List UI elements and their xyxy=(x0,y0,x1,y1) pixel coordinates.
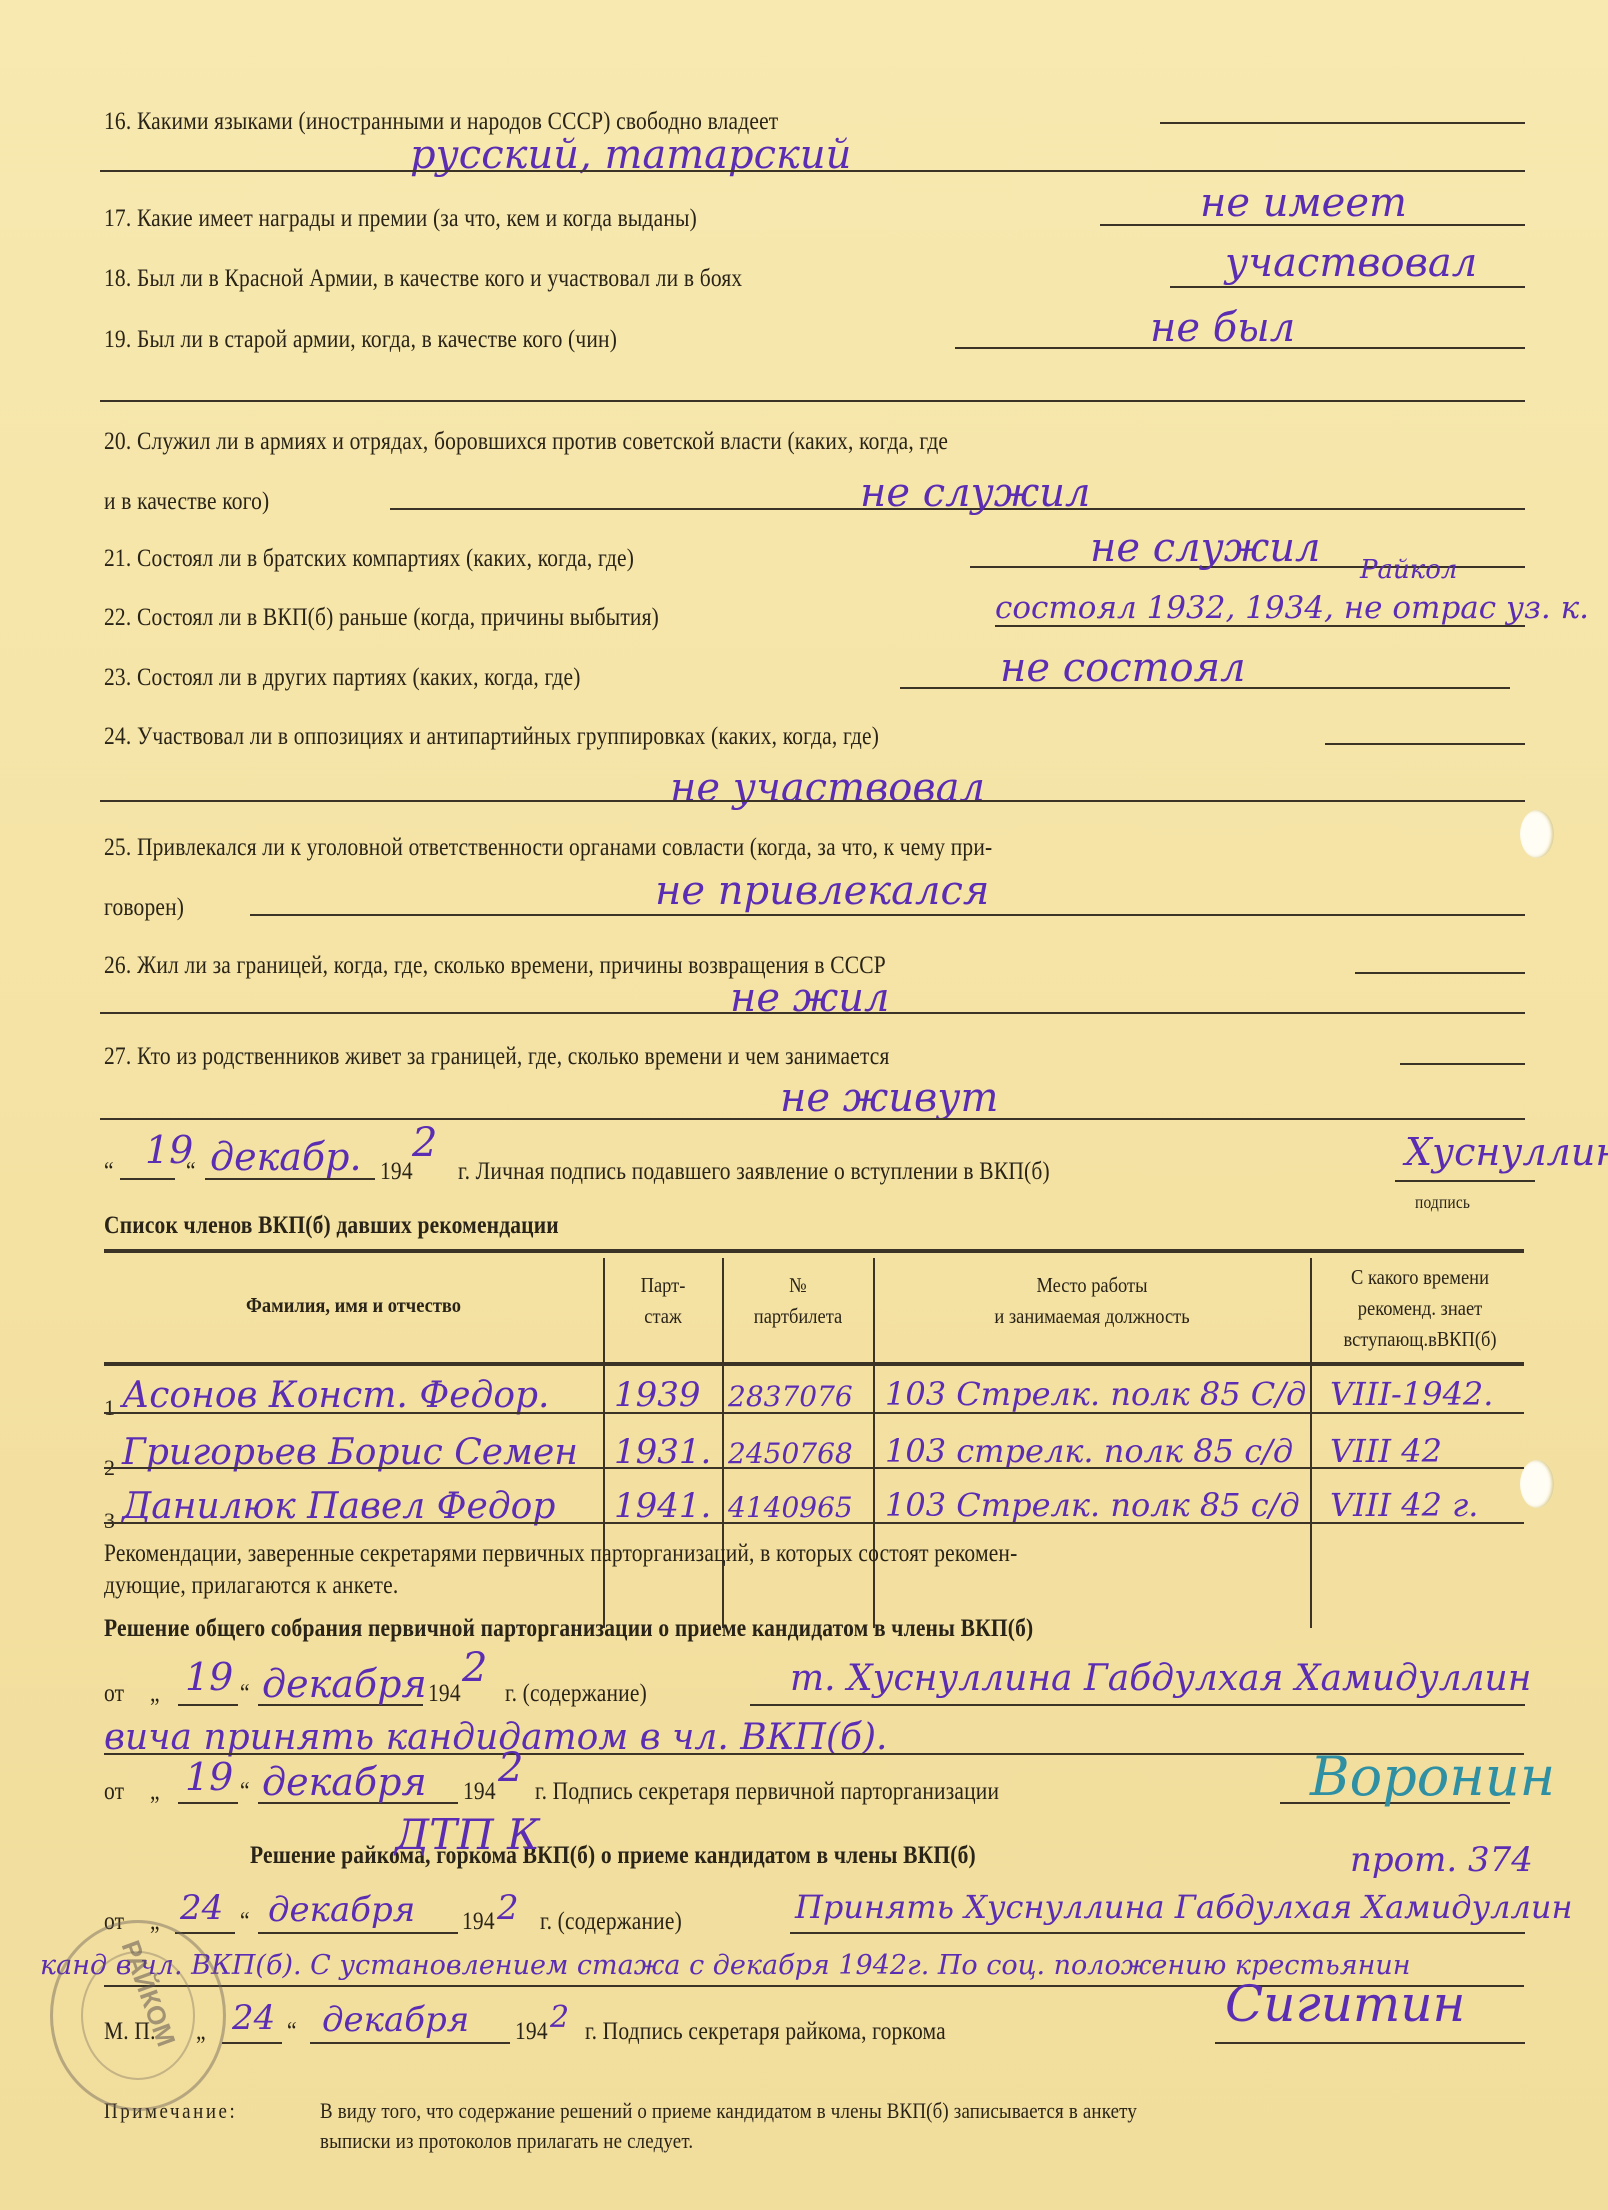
question-25-cont: говорен) xyxy=(104,894,184,922)
header-line: вступающ.вВКП(б) xyxy=(1324,1324,1516,1355)
primary-sign-month: декабря xyxy=(262,1760,427,1804)
recommendation-note: Рекомендации, заверенные секретарями пер… xyxy=(104,1540,1017,1568)
quote-close: “ xyxy=(287,2018,297,2046)
year-prefix: 194 xyxy=(463,1778,496,1806)
day-line xyxy=(120,1178,175,1180)
answer-line xyxy=(100,800,1525,802)
col-divider xyxy=(603,1258,605,1628)
quote-close: “ xyxy=(186,1158,196,1186)
row-rule xyxy=(104,1467,1524,1469)
recommender-work: 103 стрелк. полк 85 с/д xyxy=(885,1432,1293,1470)
primary-decision-title: Решение общего собрания первичной партор… xyxy=(104,1615,1033,1643)
primary-sign-day: 19 xyxy=(185,1755,233,1799)
month-line xyxy=(258,1932,458,1934)
year-prefix: 194 xyxy=(428,1680,461,1708)
header-line: и занимаемая должность xyxy=(900,1301,1284,1332)
header-work: Место работы и занимаемая должность xyxy=(900,1270,1284,1332)
protocol-number: прот. 374 xyxy=(1350,1840,1533,1880)
recommender-stazh: 1939 xyxy=(614,1375,701,1415)
answer-21: не служил xyxy=(1090,525,1321,571)
from-label: от xyxy=(104,1778,124,1806)
recommender-stazh: 1931. xyxy=(614,1432,711,1472)
answer-line xyxy=(100,1118,1525,1120)
raikom-strike-note: ДТП К xyxy=(395,1810,540,1859)
quote-close: “ xyxy=(240,1908,250,1936)
answer-line xyxy=(100,400,1525,402)
header-ticket: № партбилета xyxy=(732,1270,864,1332)
header-line: № xyxy=(732,1270,864,1301)
official-stamp: РАЙКОМ xyxy=(50,1920,226,2111)
from-label: от xyxy=(104,1680,124,1708)
header-line: партбилета xyxy=(732,1301,864,1332)
answer-line xyxy=(1400,1063,1525,1065)
application-text: г. Личная подпись подавшего заявление о … xyxy=(458,1158,1050,1186)
answer-25: не привлекался xyxy=(655,868,989,914)
header-line: Место работы xyxy=(900,1270,1284,1301)
answer-line xyxy=(250,914,1525,916)
answer-line xyxy=(1355,972,1525,974)
question-24: 24. Участвовал ли в оппозициях и антипар… xyxy=(104,723,879,751)
footnote-line2: выписки из протоколов прилагать не следу… xyxy=(320,2128,693,2154)
recommender-name: Асонов Конст. Федор. xyxy=(122,1375,549,1416)
quote-close: “ xyxy=(240,1680,250,1708)
quote-open: „ xyxy=(150,1680,160,1708)
row-rule xyxy=(104,1522,1524,1524)
row-number: 3 xyxy=(104,1508,115,1534)
header-since: С какого времени рекоменд. знает вступаю… xyxy=(1324,1262,1516,1355)
recommender-since: VIII 42 г. xyxy=(1330,1486,1478,1524)
recommender-work: 103 Стрелк. полк 85 с/д xyxy=(885,1486,1300,1524)
answer-20: не служил xyxy=(860,470,1091,516)
signature-caption: подпись xyxy=(1415,1192,1470,1213)
answer-22-note: Райкол xyxy=(1360,555,1457,585)
signature-line xyxy=(1395,1180,1535,1182)
table-top-rule xyxy=(104,1249,1524,1253)
col-divider xyxy=(873,1258,875,1628)
row-number: 1 xyxy=(104,1395,115,1421)
primary-sign-text: г. Подпись секретаря первичной парторган… xyxy=(535,1778,999,1806)
content-line xyxy=(750,1704,1525,1706)
answer-line xyxy=(1160,122,1525,124)
header-line: рекоменд. знает xyxy=(1324,1293,1516,1324)
question-27: 27. Кто из родственников живет за границ… xyxy=(104,1043,890,1071)
question-20: 20. Служил ли в армиях и отрядах, боровш… xyxy=(104,428,948,456)
header-stazh: Парт- стаж xyxy=(611,1270,715,1332)
primary-day: 19 xyxy=(185,1655,233,1699)
raikom-day: 24 xyxy=(180,1888,223,1928)
header-name: Фамилия, имя и отчество xyxy=(134,1290,573,1321)
answer-line xyxy=(100,170,1525,172)
raikom-content-2: канд в чл. ВКП(б). С установлением стажа… xyxy=(40,1950,1411,1981)
answer-line xyxy=(1170,286,1525,288)
recommender-ticket: 4140965 xyxy=(728,1491,853,1524)
year-suffix: 2 xyxy=(412,1120,437,1166)
year-suffix: 2 xyxy=(462,1645,487,1691)
quote-close: “ xyxy=(240,1778,250,1806)
answer-17: не имеет xyxy=(1200,180,1407,226)
primary-content-1: т. Хуснуллина Габдулхая Хамидуллин xyxy=(790,1658,1531,1699)
question-21: 21. Состоял ли в братских компартиях (ка… xyxy=(104,545,634,573)
raikom-sign-text: г. Подпись секретаря райкома, горкома xyxy=(585,2018,946,2046)
answer-22: состоял 1932, 1934, не отрас уз. к. xyxy=(995,590,1589,626)
col-divider xyxy=(1310,1258,1312,1628)
answer-line xyxy=(100,1012,1525,1014)
header-line: С какого времени xyxy=(1324,1262,1516,1293)
question-25: 25. Привлекался ли к уголовной ответстве… xyxy=(104,834,992,862)
punch-hole xyxy=(1520,1460,1554,1508)
content-label: г. (содержание) xyxy=(505,1680,647,1708)
answer-27: не живут xyxy=(780,1075,998,1121)
recommender-since: VIII 42 xyxy=(1330,1432,1442,1470)
year-suffix: 2 xyxy=(497,1888,519,1928)
year-prefix: 194 xyxy=(515,2018,548,2046)
header-line: Фамилия, имя и отчество xyxy=(134,1290,573,1321)
question-23: 23. Состоял ли в других партиях (каких, … xyxy=(104,664,581,692)
month-line xyxy=(310,2042,510,2044)
recommender-since: VIII-1942. xyxy=(1330,1375,1493,1413)
answer-18: участвовал xyxy=(1225,240,1477,286)
recommenders-title: Список членов ВКП(б) давших рекомендации xyxy=(104,1212,559,1240)
answer-24: не участвовал xyxy=(670,765,985,811)
answer-26: не жил xyxy=(730,975,889,1021)
primary-month: декабря xyxy=(262,1662,427,1706)
day-line xyxy=(178,1802,238,1804)
question-22: 22. Состоял ли в ВКП(б) раньше (когда, п… xyxy=(104,604,659,632)
answer-23: не состоял xyxy=(1000,645,1246,691)
signature-line xyxy=(1215,2042,1525,2044)
question-20-cont: и в качестве кого) xyxy=(104,488,269,516)
raikom-content-1: Принять Хуснуллина Габдулхая Хамидуллин xyxy=(795,1888,1573,1926)
day-line xyxy=(178,1704,238,1706)
answer-19: не был xyxy=(1150,305,1295,351)
col-divider xyxy=(722,1258,724,1628)
question-18: 18. Был ли в Красной Армии, в качестве к… xyxy=(104,265,742,293)
secretary-signature: Воронин xyxy=(1310,1745,1555,1808)
recommender-ticket: 2450768 xyxy=(728,1437,853,1470)
year-suffix: 2 xyxy=(498,1745,523,1791)
footnote-line1: В виду того, что содержание решений о пр… xyxy=(320,2098,1137,2124)
raikom-month: декабря xyxy=(268,1890,415,1930)
recommender-work: 103 Стрелк. полк 85 С/д xyxy=(885,1375,1306,1413)
raikom-sign-month: декабря xyxy=(322,2000,469,2040)
year-suffix: 2 xyxy=(550,2000,569,2035)
recommender-stazh: 1941. xyxy=(614,1486,711,1526)
primary-content-2: вича принять кандидатом в чл. ВКП(б). xyxy=(104,1717,887,1758)
recommender-ticket: 2837076 xyxy=(728,1380,853,1413)
recommender-name: Данилюк Павел Федор xyxy=(122,1486,555,1527)
year-prefix: 194 xyxy=(462,1908,495,1936)
quote-open: „ xyxy=(150,1778,160,1806)
applicant-signature: Хуснуллин xyxy=(1405,1130,1608,1174)
answer-line xyxy=(1325,743,1525,745)
quote-open: “ xyxy=(104,1158,114,1186)
year-prefix: 194 xyxy=(380,1158,413,1186)
header-line: Парт- xyxy=(611,1270,715,1301)
punch-hole xyxy=(1520,810,1554,858)
content-line xyxy=(790,1932,1525,1934)
raikom-secretary-signature: Сигитин xyxy=(1225,1975,1465,2033)
raikom-sign-day: 24 xyxy=(232,1998,275,2038)
question-19: 19. Был ли в старой армии, когда, в каче… xyxy=(104,326,617,354)
day-line xyxy=(222,2042,282,2044)
row-rule xyxy=(104,1412,1524,1414)
application-month: декабр. xyxy=(210,1135,362,1179)
raikom-decision-title: Решение райкома, горкома ВКП(б) о приеме… xyxy=(250,1842,976,1870)
question-17: 17. Какие имеет награды и премии (за что… xyxy=(104,205,697,233)
header-line: стаж xyxy=(611,1301,715,1332)
content-label: г. (содержание) xyxy=(540,1908,682,1936)
recommendation-note-cont: дующие, прилагаются к анкете. xyxy=(104,1572,398,1600)
